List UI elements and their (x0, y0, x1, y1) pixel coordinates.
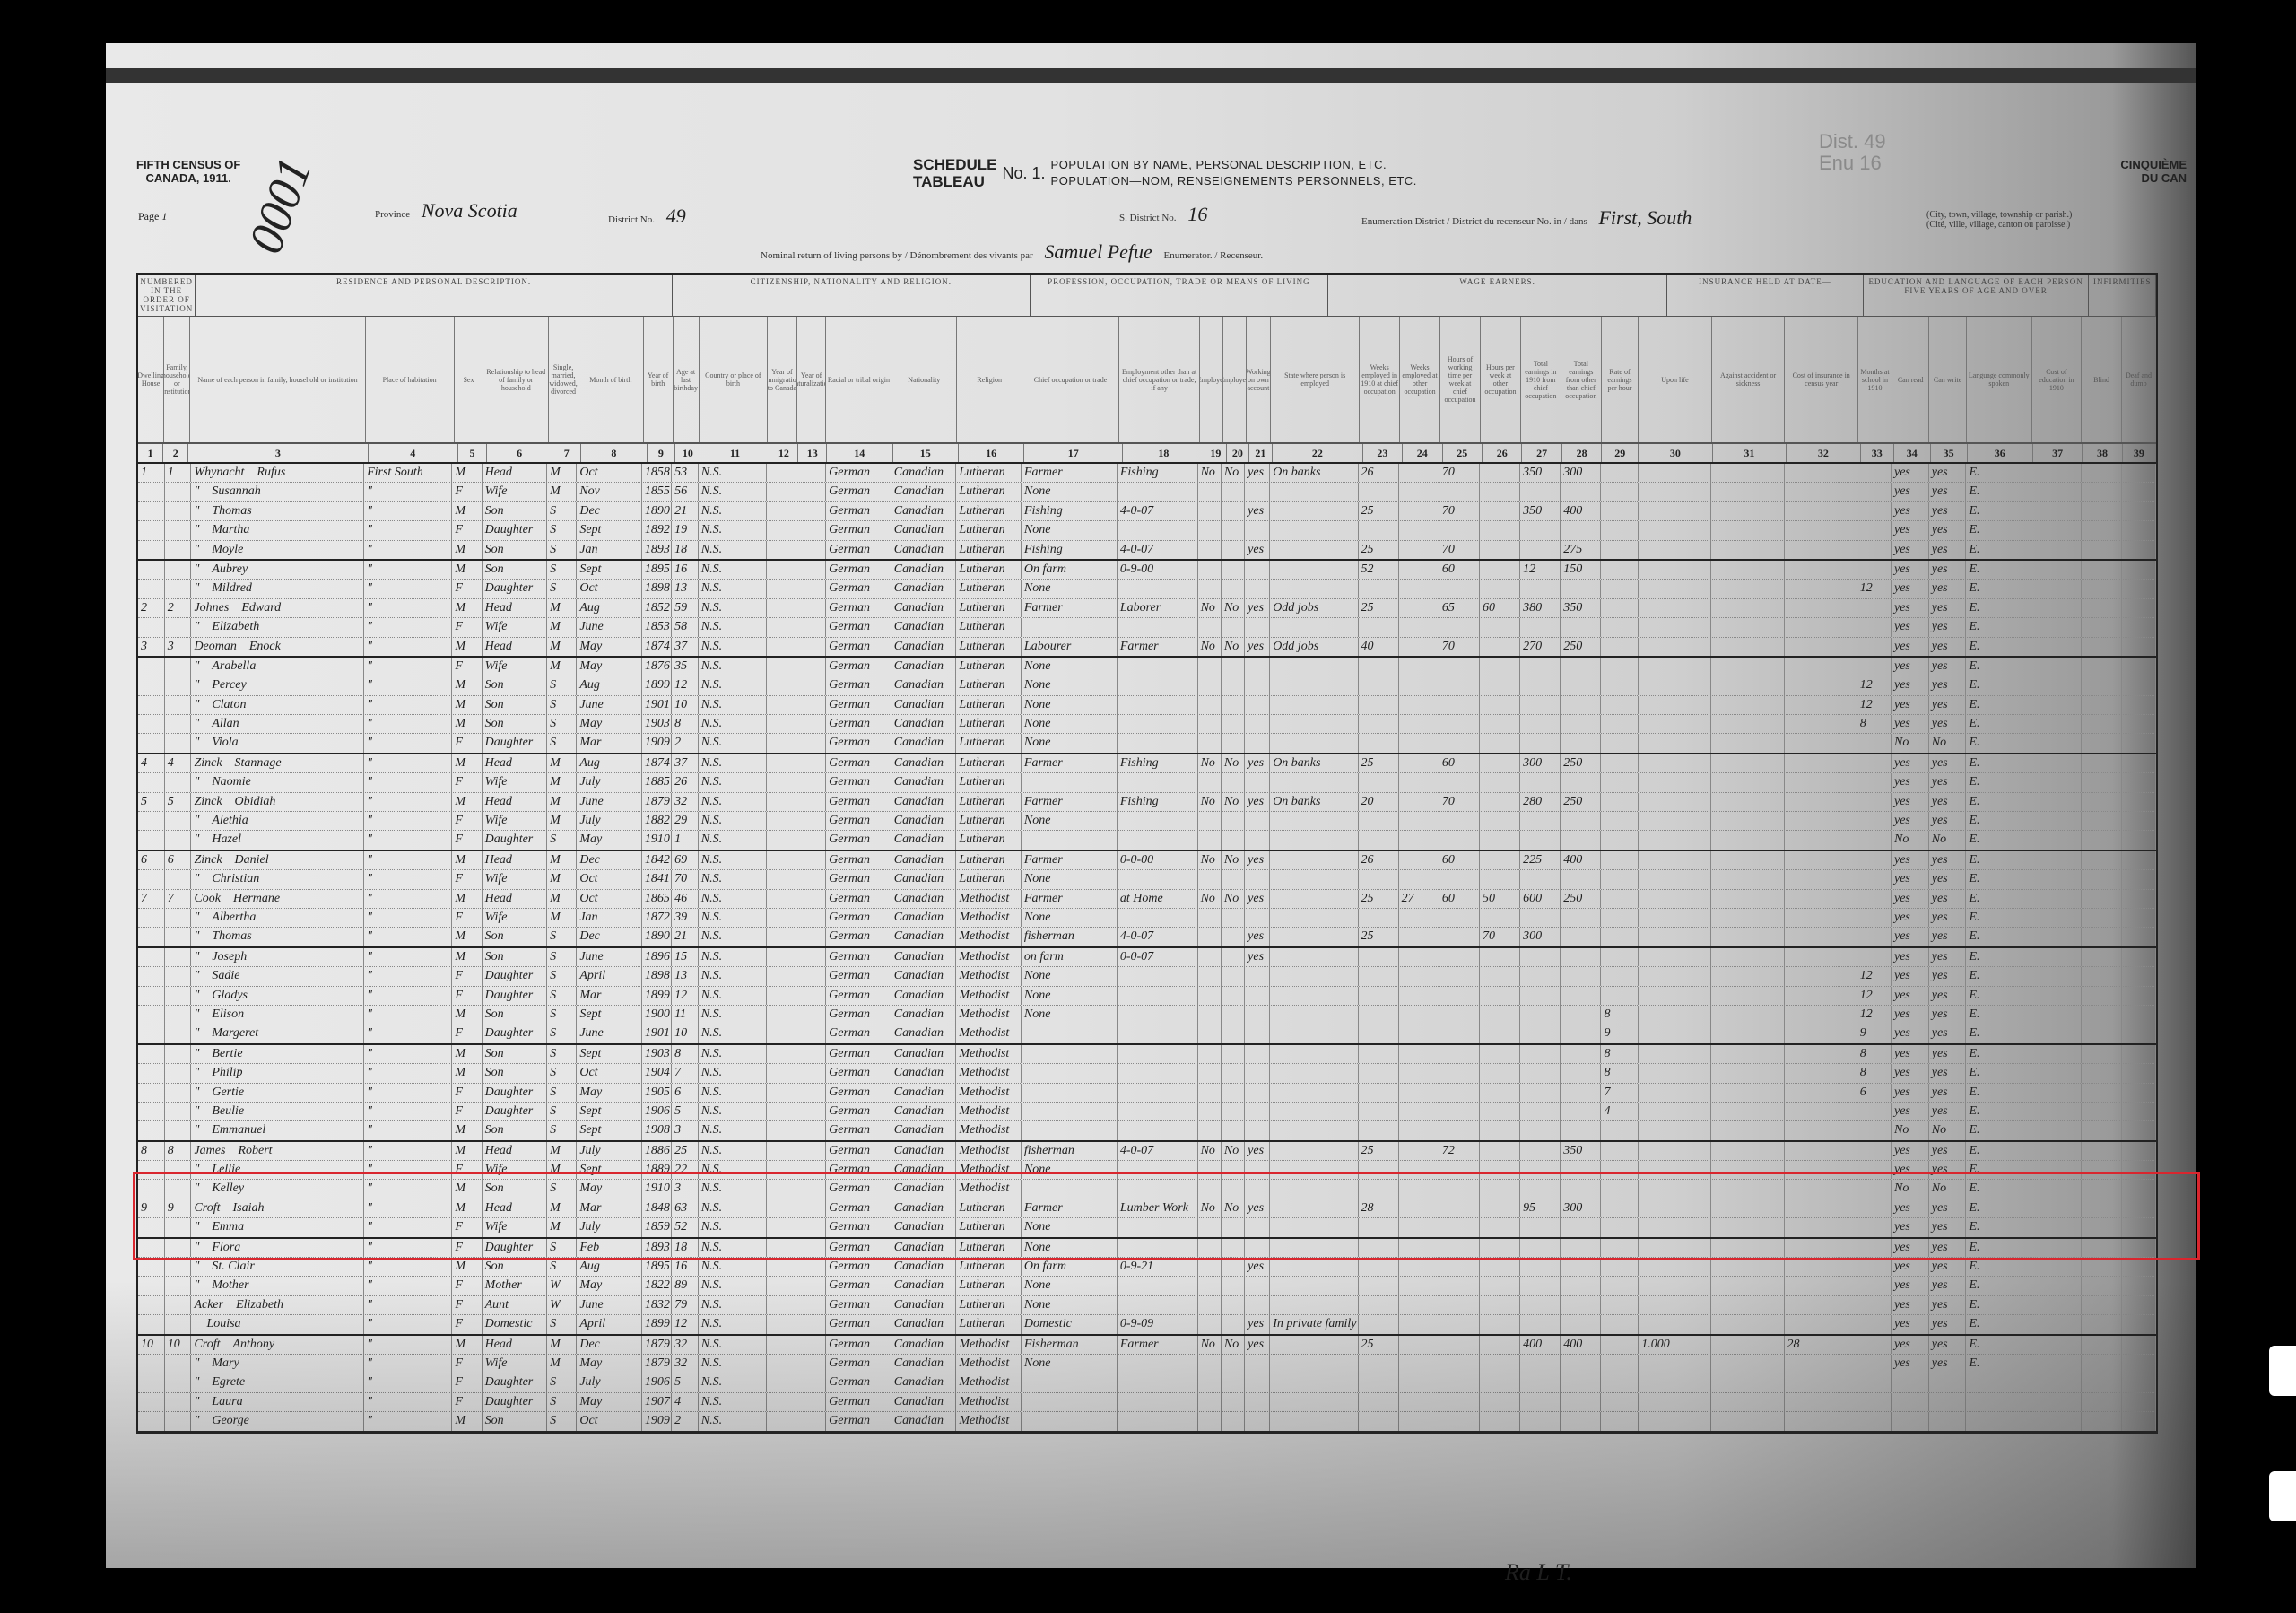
cell-col-4: " (364, 1412, 452, 1430)
cell-col-27 (1520, 521, 1561, 539)
cell-col-36: E. (1966, 1084, 2031, 1102)
cell-col-12 (767, 1373, 796, 1391)
cell-col-12 (767, 676, 796, 694)
cell-col-6: Daughter (483, 1373, 548, 1391)
cell-col-30 (1639, 1355, 1711, 1373)
cell-col-32 (1785, 676, 1857, 694)
cell-col-37 (2031, 1258, 2081, 1276)
cell-col-8: Jan (577, 541, 642, 559)
cell-col-10: 70 (672, 870, 699, 888)
cell-col-20 (1222, 831, 1245, 849)
cell-col-35: No (1929, 831, 1967, 849)
cell-col-23 (1359, 1024, 1399, 1042)
column-number: 30 (1639, 444, 1712, 462)
cell-col-38 (2082, 928, 2122, 946)
cell-col-33 (1857, 851, 1892, 869)
cell-col-32 (1785, 851, 1857, 869)
cell-col-6: Head (483, 1142, 548, 1160)
cell-col-19 (1198, 1103, 1222, 1120)
cell-col-11: N.S. (699, 812, 767, 830)
cell-col-16: Lutheran (956, 1258, 1022, 1276)
cell-col-27 (1520, 676, 1561, 694)
cell-col-39 (2122, 541, 2156, 559)
cell-col-8: Sept (577, 561, 642, 579)
cell-col-5: F (452, 1024, 482, 1042)
cell-col-14: German (826, 1024, 891, 1042)
given-name: George (212, 1414, 248, 1427)
cell-col-22 (1270, 541, 1358, 559)
cell-col-5: F (452, 580, 482, 597)
cell-col-32 (1785, 521, 1857, 539)
cell-col-26 (1480, 870, 1520, 888)
cell-col-36: E. (1966, 483, 2031, 501)
surname: " (194, 1260, 212, 1273)
cell-col-2 (165, 1045, 192, 1063)
cell-col-19 (1198, 734, 1222, 752)
cell-col-32 (1785, 967, 1857, 985)
cell-col-22 (1270, 1412, 1358, 1430)
cell-col-18 (1118, 967, 1198, 985)
cell-col-31 (1711, 521, 1784, 539)
cell-col-5: F (452, 870, 482, 888)
cell-col-31 (1711, 1412, 1784, 1430)
cell-col-29 (1601, 870, 1639, 888)
cell-col-39 (2122, 734, 2156, 752)
cell-col-1 (138, 1084, 165, 1102)
cell-col-39 (2122, 1024, 2156, 1042)
cell-col-9: 1901 (642, 1024, 672, 1042)
cell-col-25 (1439, 870, 1480, 888)
cell-col-20 (1222, 502, 1245, 520)
cell-col-26 (1480, 1373, 1520, 1391)
cell-col-24 (1399, 870, 1439, 888)
cell-col-1 (138, 734, 165, 752)
cell-col-32 (1785, 1258, 1857, 1276)
cell-col-15: Canadian (891, 890, 957, 908)
cell-col-27 (1520, 1121, 1561, 1139)
cell-col-17: None (1022, 1296, 1118, 1314)
cell-col-23 (1359, 734, 1399, 752)
cell-col-4: " (364, 1393, 452, 1411)
cell-col-11: N.S. (699, 793, 767, 811)
cell-col-23 (1359, 696, 1399, 714)
cell-col-32 (1785, 561, 1857, 579)
cell-col-29 (1601, 1277, 1639, 1295)
cell-col-27 (1520, 909, 1561, 927)
cell-col-22 (1270, 1336, 1358, 1354)
cell-col-34: No (1892, 831, 1929, 849)
column-number: 26 (1483, 444, 1522, 462)
given-name: Aubrey (212, 562, 248, 576)
cell-col-1 (138, 909, 165, 927)
cell-col-28 (1561, 1373, 1601, 1391)
cell-col-35: yes (1929, 1024, 1967, 1042)
cell-col-14: German (826, 967, 891, 985)
cell-col-33: 8 (1857, 715, 1892, 733)
cell-col-2 (165, 561, 192, 579)
cell-col-37 (2031, 812, 2081, 830)
cell-col-14: German (826, 1045, 891, 1063)
cell-col-15: Canadian (891, 483, 957, 501)
cell-col-6: Domestic (483, 1315, 548, 1333)
given-name: Obidiah (235, 795, 276, 808)
cell-col-23: 40 (1359, 638, 1399, 656)
cell-col-33 (1857, 1336, 1892, 1354)
cell-col-17: None (1022, 1355, 1118, 1373)
cell-col-11: N.S. (699, 1064, 767, 1082)
cell-col-35: yes (1929, 715, 1967, 733)
cell-col-6: Head (483, 599, 548, 617)
cell-col-23 (1359, 1121, 1399, 1139)
cell-col-34: yes (1892, 928, 1929, 946)
cell-col-2: 6 (165, 851, 192, 869)
cell-col-25 (1439, 580, 1480, 597)
column-header: Single, married, widowed, divorced (549, 317, 578, 442)
cell-col-11: N.S. (699, 1373, 767, 1391)
cell-col-17: Domestic (1022, 1315, 1118, 1333)
cell-col-15: Canadian (891, 1315, 957, 1333)
given-name: Moyle (212, 543, 243, 556)
cell-col-32 (1785, 658, 1857, 676)
cell-col-12 (767, 928, 796, 946)
cell-col-38 (2082, 793, 2122, 811)
cell-col-5: M (452, 502, 482, 520)
cell-col-17 (1022, 1024, 1118, 1042)
cell-col-26 (1480, 812, 1520, 830)
cell-col-9: 1892 (642, 521, 672, 539)
cell-col-1 (138, 696, 165, 714)
cell-col-25 (1439, 1336, 1480, 1354)
cell-col-32 (1785, 1373, 1857, 1391)
column-header: Cost of education in 1910 (2032, 317, 2082, 442)
cell-col-31 (1711, 1336, 1784, 1354)
cell-col-26 (1480, 1277, 1520, 1295)
given-name: Martha (212, 523, 249, 536)
cell-col-17 (1022, 1064, 1118, 1082)
table-row: "Gladys"FDaughterSMar189912N.S.GermanCan… (138, 987, 2156, 1006)
cell-col-32 (1785, 1045, 1857, 1063)
cell-col-15: Canadian (891, 831, 957, 849)
cell-col-35: yes (1929, 1315, 1967, 1333)
cell-col-7: M (547, 870, 577, 888)
cell-col-12 (767, 658, 796, 676)
cell-col-29 (1601, 502, 1639, 520)
cell-col-14: German (826, 928, 891, 946)
cell-col-2 (165, 1277, 192, 1295)
cell-col-3: "Mildred (191, 580, 364, 597)
cell-col-32 (1785, 793, 1857, 811)
column-header: Can read (1892, 317, 1929, 442)
cell-col-31 (1711, 464, 1784, 482)
cell-col-30 (1639, 734, 1711, 752)
cell-col-6: Son (483, 715, 548, 733)
cell-col-15: Canadian (891, 754, 957, 772)
cell-col-13 (796, 696, 826, 714)
given-name: St. Clair (212, 1260, 254, 1273)
cell-col-20 (1222, 812, 1245, 830)
cell-col-16: Methodist (956, 1103, 1022, 1120)
cell-col-37 (2031, 909, 2081, 927)
cell-col-19 (1198, 1393, 1222, 1411)
cell-col-28 (1561, 967, 1601, 985)
cell-col-37 (2031, 715, 2081, 733)
cell-col-23 (1359, 676, 1399, 694)
cell-col-37 (2031, 851, 2081, 869)
cell-col-8: June (577, 948, 642, 966)
cell-col-16: Methodist (956, 1393, 1022, 1411)
cell-col-9: 1900 (642, 1006, 672, 1024)
column-number: 11 (700, 444, 770, 462)
cell-col-29 (1601, 1315, 1639, 1333)
cell-col-18: at Home (1118, 890, 1198, 908)
cell-col-18 (1118, 773, 1198, 791)
cell-col-29 (1601, 754, 1639, 772)
cell-col-21 (1245, 1045, 1270, 1063)
table-row: AckerElizabeth"FAuntWJune183279N.S.Germa… (138, 1296, 2156, 1315)
cell-col-2 (165, 676, 192, 694)
cell-col-19 (1198, 987, 1222, 1005)
column-number: 1 (138, 444, 163, 462)
cell-col-18 (1118, 1045, 1198, 1063)
cell-col-30 (1639, 618, 1711, 636)
cell-col-22 (1270, 1142, 1358, 1160)
cell-col-24 (1399, 1336, 1439, 1354)
cell-col-12 (767, 502, 796, 520)
cell-col-13 (796, 1045, 826, 1063)
cell-col-27 (1520, 812, 1561, 830)
cell-col-16: Methodist (956, 1142, 1022, 1160)
cell-col-18 (1118, 658, 1198, 676)
cell-col-7: S (547, 715, 577, 733)
cell-col-15: Canadian (891, 773, 957, 791)
cell-col-6: Daughter (483, 521, 548, 539)
cell-col-21: yes (1245, 638, 1270, 656)
cell-col-36 (1966, 1412, 2031, 1430)
cell-col-33: 12 (1857, 1006, 1892, 1024)
cell-col-32 (1785, 754, 1857, 772)
cell-col-31 (1711, 658, 1784, 676)
table-row: "Margeret"FDaughterSJune190110N.S.German… (138, 1024, 2156, 1044)
cell-col-28 (1561, 1045, 1601, 1063)
cell-col-25 (1439, 1277, 1480, 1295)
section-header: Citizenship, nationality and religion. (673, 275, 1031, 316)
cell-col-3: "Albertha (191, 909, 364, 927)
cell-col-9: 1855 (642, 483, 672, 501)
cell-col-18 (1118, 483, 1198, 501)
cell-col-9: 1903 (642, 715, 672, 733)
column-number: 20 (1227, 444, 1249, 462)
cell-col-39 (2122, 1121, 2156, 1139)
cell-col-14: German (826, 1412, 891, 1430)
cell-col-4: " (364, 1121, 452, 1139)
given-name: Gladys (212, 989, 248, 1002)
table-row: "Sadie"FDaughterSApril189813N.S.GermanCa… (138, 967, 2156, 986)
cell-col-7: W (547, 1296, 577, 1314)
cell-col-7: S (547, 928, 577, 946)
cell-col-34: yes (1892, 1084, 1929, 1102)
cell-col-4: " (364, 561, 452, 579)
cell-col-37 (2031, 1142, 2081, 1160)
cell-col-36: E. (1966, 696, 2031, 714)
cell-col-28 (1561, 658, 1601, 676)
cell-col-8: June (577, 793, 642, 811)
cell-col-2 (165, 715, 192, 733)
cell-col-20: No (1222, 890, 1245, 908)
cell-col-5: F (452, 1103, 482, 1120)
cell-col-13 (796, 831, 826, 849)
cell-col-24 (1399, 851, 1439, 869)
cell-col-19 (1198, 715, 1222, 733)
cell-col-2 (165, 1024, 192, 1042)
cell-col-25 (1439, 1258, 1480, 1276)
cell-col-23 (1359, 1103, 1399, 1120)
cell-col-19 (1198, 831, 1222, 849)
cell-col-14: German (826, 483, 891, 501)
cell-col-14: German (826, 831, 891, 849)
cell-col-30 (1639, 1393, 1711, 1411)
cell-col-2 (165, 1084, 192, 1102)
cell-col-19 (1198, 1045, 1222, 1063)
cell-col-33: 12 (1857, 967, 1892, 985)
cell-col-31 (1711, 987, 1784, 1005)
column-header: Rate of earnings per hour (1602, 317, 1639, 442)
cell-col-35: yes (1929, 1296, 1967, 1314)
cell-col-10: 25 (672, 1142, 699, 1160)
cell-col-9: 1906 (642, 1373, 672, 1391)
cell-col-36: E. (1966, 638, 2031, 656)
cell-col-19 (1198, 696, 1222, 714)
cell-col-35: yes (1929, 521, 1967, 539)
cell-col-13 (796, 851, 826, 869)
cell-col-25 (1439, 1045, 1480, 1063)
cell-col-33 (1857, 909, 1892, 927)
cell-col-38 (2082, 831, 2122, 849)
given-name: Mother (212, 1278, 248, 1292)
cell-col-20 (1222, 928, 1245, 946)
cell-col-28 (1561, 870, 1601, 888)
cell-col-8: June (577, 1296, 642, 1314)
cell-col-33 (1857, 1373, 1892, 1391)
column-header: Country or place of birth (700, 317, 768, 442)
cell-col-2 (165, 773, 192, 791)
cell-col-15: Canadian (891, 1045, 957, 1063)
cell-col-12 (767, 1355, 796, 1373)
cell-col-37 (2031, 1412, 2081, 1430)
cell-col-3: "Moyle (191, 541, 364, 559)
given-name: Allan (212, 717, 239, 730)
cell-col-10: 89 (672, 1277, 699, 1295)
cell-col-11: N.S. (699, 1412, 767, 1430)
given-name: Bertie (212, 1047, 242, 1060)
cell-col-36: E. (1966, 502, 2031, 520)
cell-col-2 (165, 1373, 192, 1391)
cell-col-33 (1857, 1296, 1892, 1314)
cell-col-33 (1857, 928, 1892, 946)
surname: " (194, 1356, 212, 1370)
cell-col-7: M (547, 1355, 577, 1373)
cell-col-16: Lutheran (956, 793, 1022, 811)
cell-col-36: E. (1966, 948, 2031, 966)
cell-col-15: Canadian (891, 1258, 957, 1276)
cell-col-13 (796, 1064, 826, 1082)
cell-col-12 (767, 1412, 796, 1430)
cell-col-38 (2082, 1355, 2122, 1373)
cell-col-1 (138, 502, 165, 520)
cell-col-9: 1842 (642, 851, 672, 869)
cell-col-34: yes (1892, 773, 1929, 791)
cell-col-27 (1520, 1006, 1561, 1024)
cell-col-3: JamesRobert (191, 1142, 364, 1160)
cell-col-25: 70 (1439, 464, 1480, 482)
cell-col-13 (796, 1373, 826, 1391)
given-name: Thomas (212, 504, 251, 518)
cell-col-34: yes (1892, 793, 1929, 811)
cell-col-18: 0-9-21 (1118, 1258, 1198, 1276)
cell-col-15: Canadian (891, 696, 957, 714)
given-name: Robert (238, 1144, 272, 1157)
cell-col-30 (1639, 1121, 1711, 1139)
table-row: "Alethia"FWifeMJuly188229N.S.GermanCanad… (138, 812, 2156, 831)
cell-col-32 (1785, 928, 1857, 946)
cell-col-32 (1785, 1315, 1857, 1333)
cell-col-31 (1711, 676, 1784, 694)
cell-col-36: E. (1966, 618, 2031, 636)
cell-col-35: yes (1929, 1258, 1967, 1276)
table-row: "Gertie"FDaughterSMay19056N.S.GermanCana… (138, 1084, 2156, 1103)
cell-col-29 (1601, 1121, 1639, 1139)
cell-col-39 (2122, 1142, 2156, 1160)
cell-col-22 (1270, 1045, 1358, 1063)
film-perforation (2269, 1471, 2296, 1521)
given-name: Louisa (206, 1317, 240, 1330)
cell-col-6: Son (483, 1006, 548, 1024)
cell-col-34: yes (1892, 1024, 1929, 1042)
table-row: "Claton"MSonSJune190110N.S.GermanCanadia… (138, 696, 2156, 715)
cell-col-13 (796, 561, 826, 579)
cell-col-33 (1857, 948, 1892, 966)
given-name: Margeret (212, 1026, 258, 1040)
cell-col-3: "Susannah (191, 483, 364, 501)
cell-col-12 (767, 696, 796, 714)
cell-col-10: 11 (672, 1006, 699, 1024)
cell-col-33 (1857, 1277, 1892, 1295)
cell-col-13 (796, 1024, 826, 1042)
cell-col-1: 7 (138, 890, 165, 908)
cell-col-38 (2082, 1064, 2122, 1082)
cell-col-17: Farmer (1022, 464, 1118, 482)
cell-col-38 (2082, 1296, 2122, 1314)
column-number: 33 (1861, 444, 1894, 462)
cell-col-24 (1399, 580, 1439, 597)
cell-col-27: 380 (1520, 599, 1561, 617)
surname: " (194, 484, 212, 498)
column-header: Upon life (1639, 317, 1712, 442)
cell-col-35: yes (1929, 1336, 1967, 1354)
cell-col-4: " (364, 1006, 452, 1024)
cell-col-19 (1198, 967, 1222, 985)
cell-col-5: F (452, 734, 482, 752)
given-name: Elison (212, 1007, 244, 1021)
cell-col-31 (1711, 1373, 1784, 1391)
cell-col-21 (1245, 1121, 1270, 1139)
cell-col-27 (1520, 541, 1561, 559)
cell-col-10: 39 (672, 909, 699, 927)
cell-col-19 (1198, 561, 1222, 579)
cell-col-8: Jan (577, 909, 642, 927)
cell-col-13 (796, 754, 826, 772)
cell-col-17: On farm (1022, 561, 1118, 579)
cell-col-19: No (1198, 890, 1222, 908)
